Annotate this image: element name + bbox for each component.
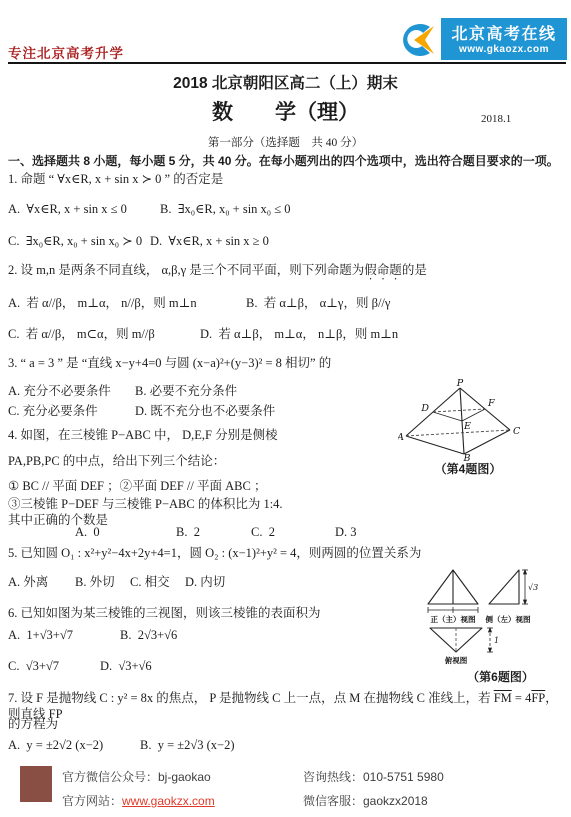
figure-q6-three-views: 正（主）视图 √3 侧（左）视图 1 俯视图 xyxy=(424,566,570,666)
question-4-line1: 4. 如图，在三棱锥 P−ABC 中， D,E,F 分别是侧棱 xyxy=(8,428,391,444)
footer-site-label: 官方网站： xyxy=(62,794,122,808)
q2-stem-suffix: 的是 xyxy=(402,263,427,277)
q4-label-p: P xyxy=(456,378,464,389)
q1-option-c: C. ∃x₀∈R, x₀ + sin x₀ ≻ 0 xyxy=(8,234,142,250)
q4-figure-caption: （第4题图） xyxy=(408,460,528,477)
brand-url: www.gkaozx.com xyxy=(441,44,567,55)
q2-option-a: A. 若 α//β， m⊥α， n//β，则 m⊥n xyxy=(8,296,197,312)
q2-stem-prefix: 2. 设 m,n 是两条不同直线， α,β,γ 是三个不同平面，则下列命题为 xyxy=(8,263,364,277)
q4-label-c: C xyxy=(513,426,521,437)
q3-option-b: B. 必要不充分条件 xyxy=(135,384,237,400)
q6-figure-caption: （第6题图） xyxy=(438,668,563,685)
question-2-stem: 2. 设 m,n 是两条不同直线， α,β,γ 是三个不同平面，则下列命题为假命… xyxy=(8,263,567,283)
q6-option-b: B. 2√3+√6 xyxy=(120,628,177,644)
footer-site-row: 官方网站：www.gaokzx.com xyxy=(62,792,215,809)
footer-hotline: 咨询热线：010-5751 5980 xyxy=(303,768,444,785)
q4-option-c: C. 2 xyxy=(251,525,275,541)
footer-color-block xyxy=(20,766,52,802)
exam-date: 2018.1 xyxy=(481,113,511,125)
q5-option-d: D. 内切 xyxy=(185,575,225,591)
q5-option-b: B. 外切 xyxy=(75,575,115,591)
exam-title: 2018 北京朝阳区高二（上）期末 xyxy=(0,71,571,93)
q2-option-b: B. 若 α⊥β， α⊥γ，则 β//γ xyxy=(246,296,390,312)
q4-label-d: D xyxy=(420,403,429,414)
question-7-line2: 的方程为 xyxy=(8,717,567,733)
q6-side-dim-label: √3 xyxy=(528,583,538,592)
q3-option-c: C. 充分必要条件 xyxy=(8,404,98,420)
brand-box: 北京高考在线 www.gkaozx.com xyxy=(441,18,567,60)
footer-wechat-account: 官方微信公众号：bj-gaokao xyxy=(62,768,211,785)
q6-option-d: D. √3+√6 xyxy=(100,659,152,675)
q7-option-a: A. y = ±2√2 (x−2) xyxy=(8,738,103,754)
q5-option-c: C. 相交 xyxy=(130,575,170,591)
q6-front-view-label: 正（主）视图 xyxy=(431,614,476,624)
q3-option-a: A. 充分不必要条件 xyxy=(8,384,111,400)
header-divider xyxy=(8,62,566,64)
q7-vector-fp: FP xyxy=(531,691,545,705)
footer-wechat-service: 微信客服：gaokzx2018 xyxy=(303,792,428,809)
brand-name: 北京高考在线 xyxy=(441,21,567,44)
question-3-stem: 3. “ a = 3 ” 是 “直线 x−y+4=0 与圆 (x−a)²+(y−… xyxy=(8,356,567,372)
q7-text-2: = 4 xyxy=(512,691,532,705)
q2-option-c: C. 若 α//β， m⊂α，则 m//β xyxy=(8,327,155,343)
question-1-stem: 1. 命题 “ ∀x∈R, x + sin x ≻ 0 ” 的否定是 xyxy=(8,172,567,188)
q2-option-d: D. 若 α⊥β， m⊥α， n⊥β，则 m⊥n xyxy=(200,327,398,343)
q6-top-dim-label: 1 xyxy=(494,636,499,645)
q6-option-c: C. √3+√7 xyxy=(8,659,59,675)
exam-paper-page: 专注北京高考升学 北京高考在线 www.gkaozx.com 2018 北京朝阳… xyxy=(0,0,571,817)
q6-top-view-label: 俯视图 xyxy=(445,655,468,665)
instruction-line: 一、选择题共 8 小题，每小题 5 分，共 40 分。在每小题列出的四个选项中，… xyxy=(8,152,569,169)
q1-option-b: B. ∃x₀∈R, x₀ + sin x₀ ≤ 0 xyxy=(160,202,291,218)
question-5-stem: 5. 已知圆 O₁ : x²+y²−4x+2y+4=1，圆 O₂ : (x−1)… xyxy=(8,546,567,562)
q4-label-f: F xyxy=(487,398,495,409)
q1-option-d: D. ∀x∈R, x + sin x ≥ 0 xyxy=(150,234,269,250)
q4-option-d: D. 3 xyxy=(335,525,357,541)
q7-option-b: B. y = ±2√3 (x−2) xyxy=(140,738,234,754)
q7-text-1: 7. 设 F 是抛物线 C : y² = 8x 的焦点， P 是抛物线 C 上一… xyxy=(8,691,494,705)
section-heading: 第一部分（选择题 共 40 分） xyxy=(0,134,571,150)
question-4-line2: PA,PB,PC 的中点，给出下列三个结论： xyxy=(8,454,391,470)
q4-label-e: E xyxy=(463,421,471,432)
q4-option-a: A. 0 xyxy=(75,525,100,541)
footer-site-link[interactable]: www.gaokzx.com xyxy=(122,794,215,808)
q5-option-a: A. 外离 xyxy=(8,575,48,591)
q3-option-d: D. 既不充分也不必要条件 xyxy=(135,404,275,420)
figure-q4-tetrahedron: P A B C D E F xyxy=(398,378,522,462)
question-4-line3: ① BC // 平面 DEF ；②平面 DEF // 平面 ABC ； xyxy=(8,479,567,495)
q4-label-a: A xyxy=(398,432,404,443)
q6-side-view-label: 侧（左）视图 xyxy=(485,614,531,624)
gk-logo-icon xyxy=(388,20,438,60)
site-slogan: 专注北京高考升学 xyxy=(8,42,124,62)
q1-option-a: A. ∀x∈R, x + sin x ≤ 0 xyxy=(8,202,127,218)
q6-option-a: A. 1+√3+√7 xyxy=(8,628,73,644)
question-4-line4: ③三棱锥 P−DEF 与三棱锥 P−ABC 的体积比为 1:4. xyxy=(8,497,567,513)
q7-vector-fm: FM xyxy=(494,691,512,705)
q4-option-b: B. 2 xyxy=(176,525,200,541)
q2-stem-emphasis: 假命题 xyxy=(364,263,402,277)
question-6-stem: 6. 已知如图为某三棱锥的三视图，则该三棱锥的表面积为 xyxy=(8,606,421,622)
